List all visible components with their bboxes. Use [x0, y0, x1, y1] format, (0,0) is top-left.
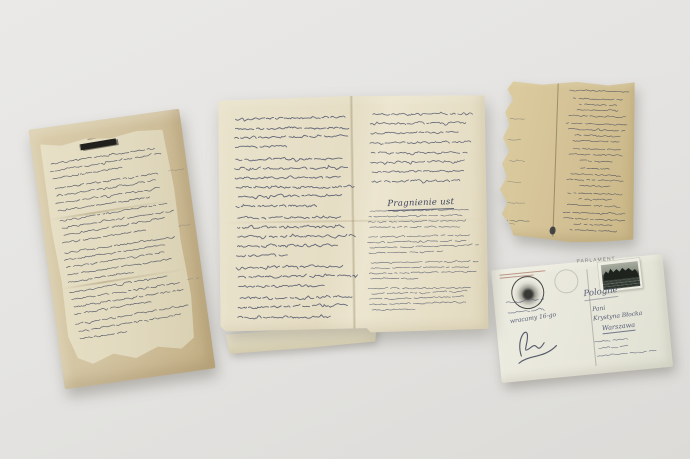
draft-backing-sheet: [29, 109, 216, 390]
pencil-margin-note: [165, 165, 182, 178]
verse-handwriting: [560, 86, 629, 238]
fold-line: [552, 83, 559, 237]
letter-left-page-handwriting: [234, 111, 355, 326]
margin-annotation-word: [499, 216, 525, 228]
postcard: PARLAMENT Pologne Pani Krystyna Błocka W…: [496, 262, 668, 375]
pencil-margin-note: [177, 220, 191, 233]
draft-document: [46, 118, 198, 380]
photo-of-documents: Pragnienie ust PARLAMENT: [0, 0, 690, 459]
postcard-back: PARLAMENT Pologne Pani Krystyna Błocka W…: [491, 254, 673, 383]
pencil-margin-note: [186, 273, 202, 286]
letter-sheet: Pragnienie ust: [217, 94, 488, 336]
signature-flourish: [512, 320, 562, 366]
torn-sheet-document: [498, 80, 636, 242]
secondary-postmark-circle: [553, 268, 579, 294]
letter-document: Pragnienie ust: [219, 96, 487, 334]
letter-right-page-handwriting: [370, 106, 473, 189]
torn-sheet-paper: [495, 78, 639, 245]
address-line-1: Pani: [592, 305, 606, 313]
ink-blot: [550, 226, 556, 234]
address-city: Warszawa: [602, 321, 636, 334]
draft-manuscript-slip: [38, 125, 200, 368]
letter-right-page-verse-handwriting: [367, 206, 476, 315]
address-street-handwriting: [594, 331, 662, 364]
